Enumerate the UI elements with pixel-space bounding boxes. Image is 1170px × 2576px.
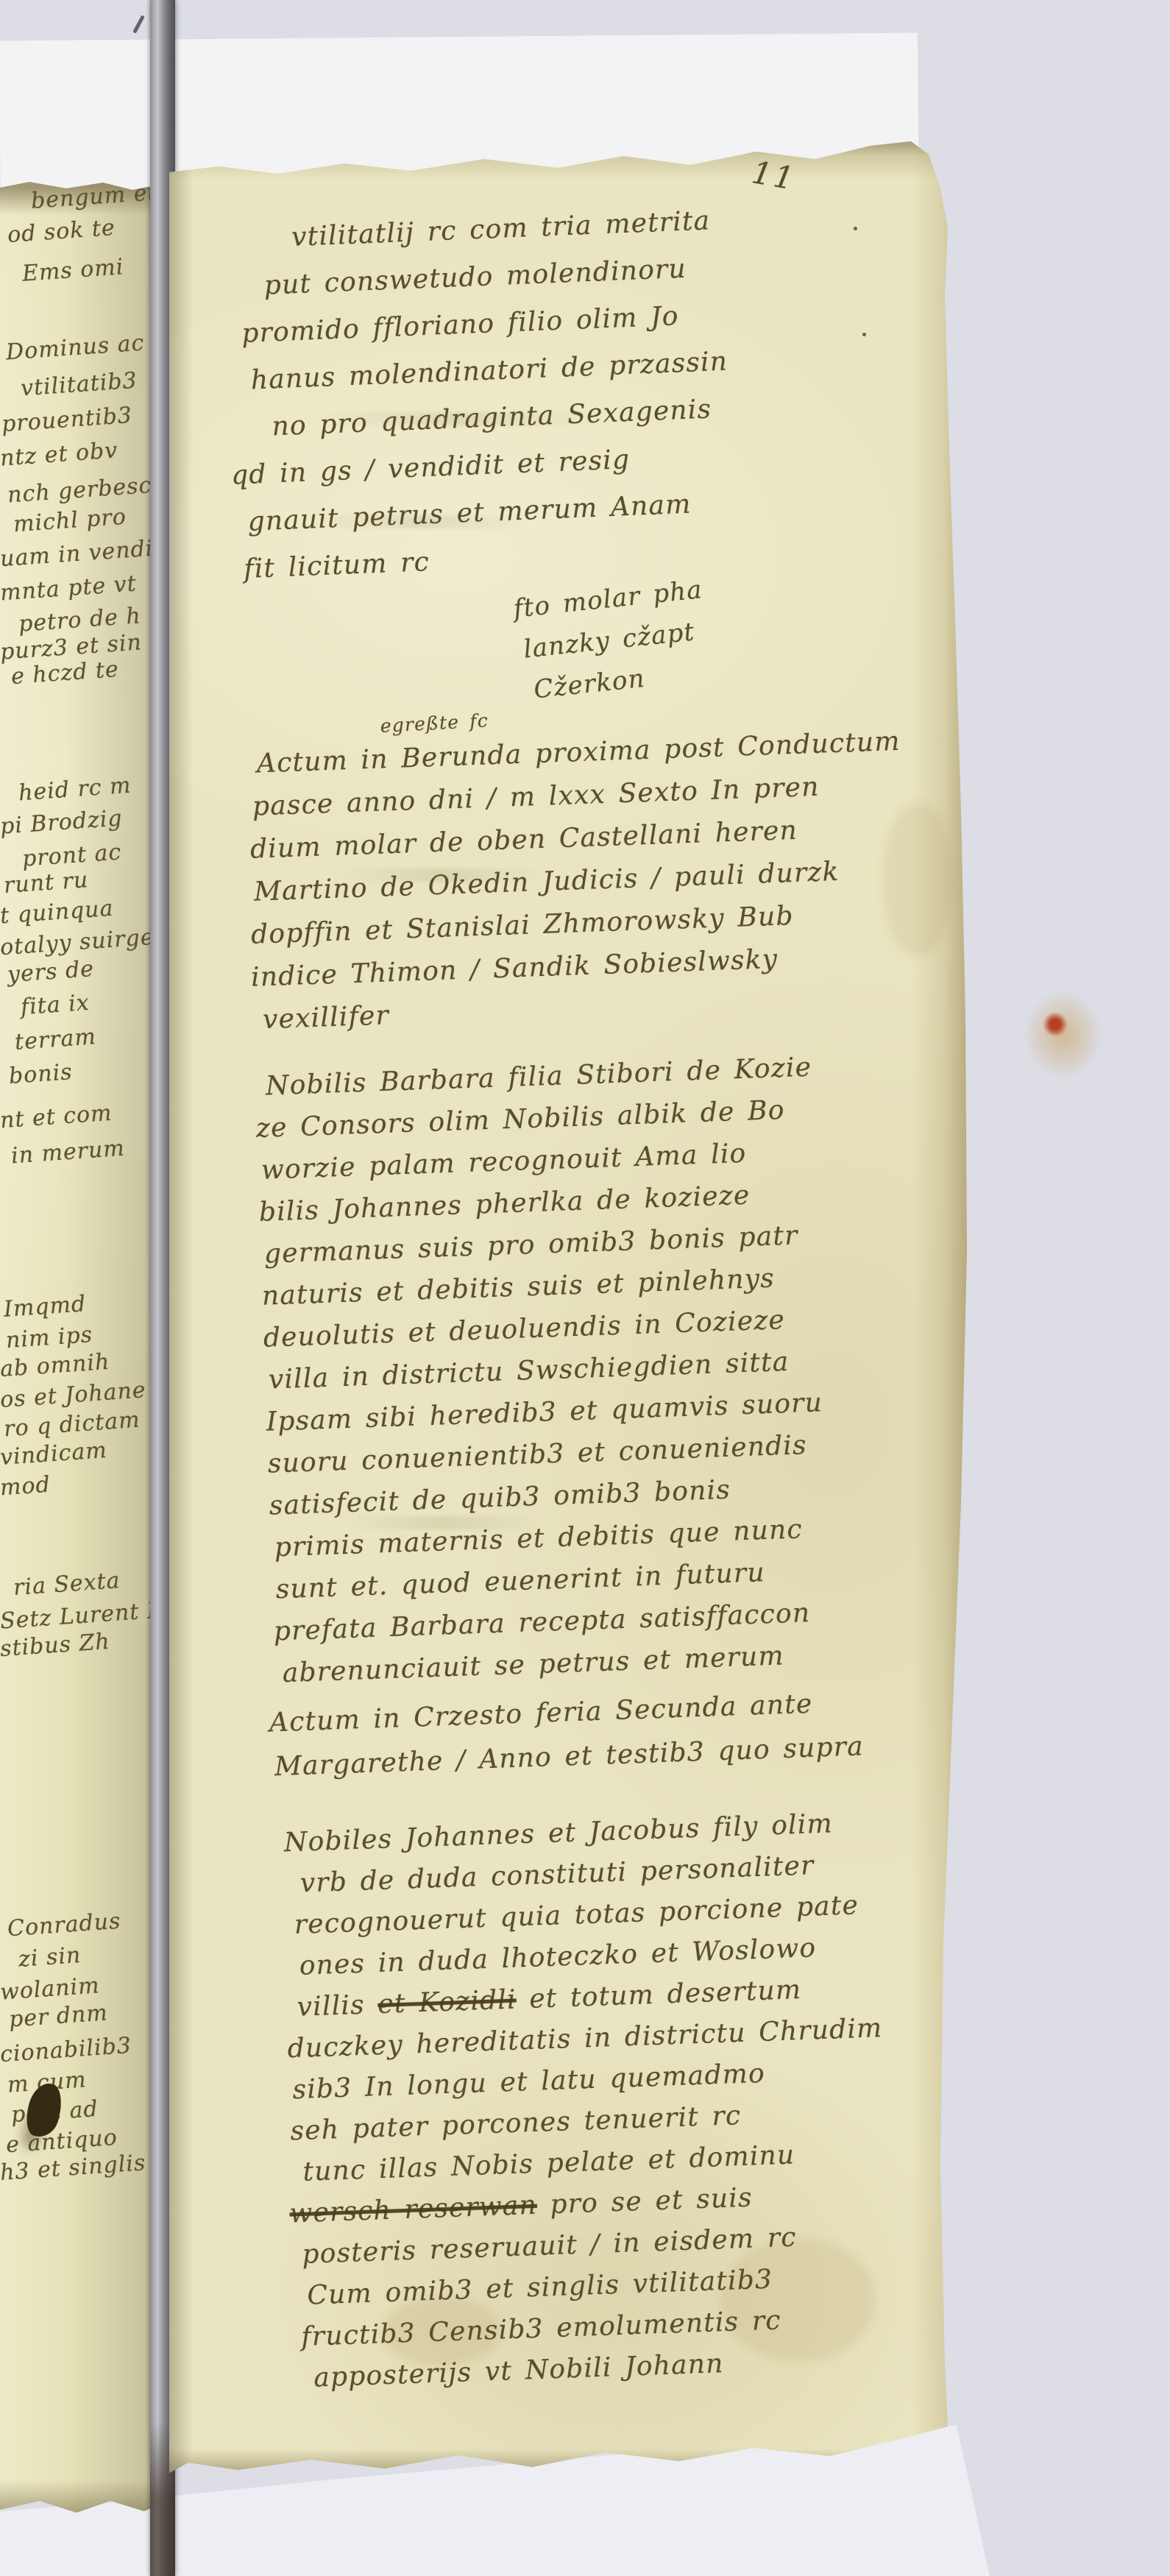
- text-segment: apposterijs vt Nobili Johann: [313, 2349, 725, 2393]
- text-segment: put conswetudo molendinoru: [263, 254, 687, 301]
- text-segment: vtilitatlij rc com tria metrita: [291, 205, 711, 252]
- text-segment: villis: [297, 1989, 378, 2023]
- text-segment: Cžerkon: [532, 664, 646, 705]
- interline-note: egreßte fc: [380, 710, 489, 737]
- entry-5: Nobiles Johannes et Jacobus fily olimvrb…: [250, 1802, 895, 2400]
- entry-1: vtilitatlij rc com tria metritaput consw…: [221, 197, 737, 594]
- entry-4: Actum in Crzesto feria Secunda anteMarga…: [258, 1680, 865, 1790]
- text-segment: qd in gs / vendidit et resig: [230, 445, 631, 491]
- text-segment: fit licitum rc: [243, 547, 430, 584]
- page-number: 11: [749, 154, 798, 197]
- text-segment: vexillifer: [262, 1000, 389, 1035]
- struck-text: et Kozidli: [377, 1985, 517, 2020]
- text-segment: no pro quadraginta Sexagenis: [272, 394, 712, 442]
- entry-3: Nobilis Barbara filia Stibori de Kozieze…: [254, 1047, 833, 1695]
- text-segment: et totum desertum: [516, 1975, 802, 2015]
- text-line: egreßte fc: [380, 710, 489, 737]
- scribe-note: fto molar phalanzky cžaptCžerkon: [511, 569, 713, 712]
- text-segment: egreßte fc: [380, 710, 489, 737]
- text-segment: promido ffloriano filio olim Jo: [241, 301, 680, 349]
- manuscript-scan: bengum etod sok teEms omiDominus acvtili…: [0, 0, 1170, 2576]
- text-segment: pro se et suis: [536, 2182, 753, 2220]
- entry-2: Actum in Berunda proxima post Conductump…: [243, 721, 910, 1042]
- struck-text: wersch reserwan: [289, 2190, 538, 2229]
- text-segment: gnauit petrus et merum Anam: [247, 489, 692, 537]
- main-page-text: 11 vtilitatlij rc com tria metritaput co…: [0, 0, 1170, 2576]
